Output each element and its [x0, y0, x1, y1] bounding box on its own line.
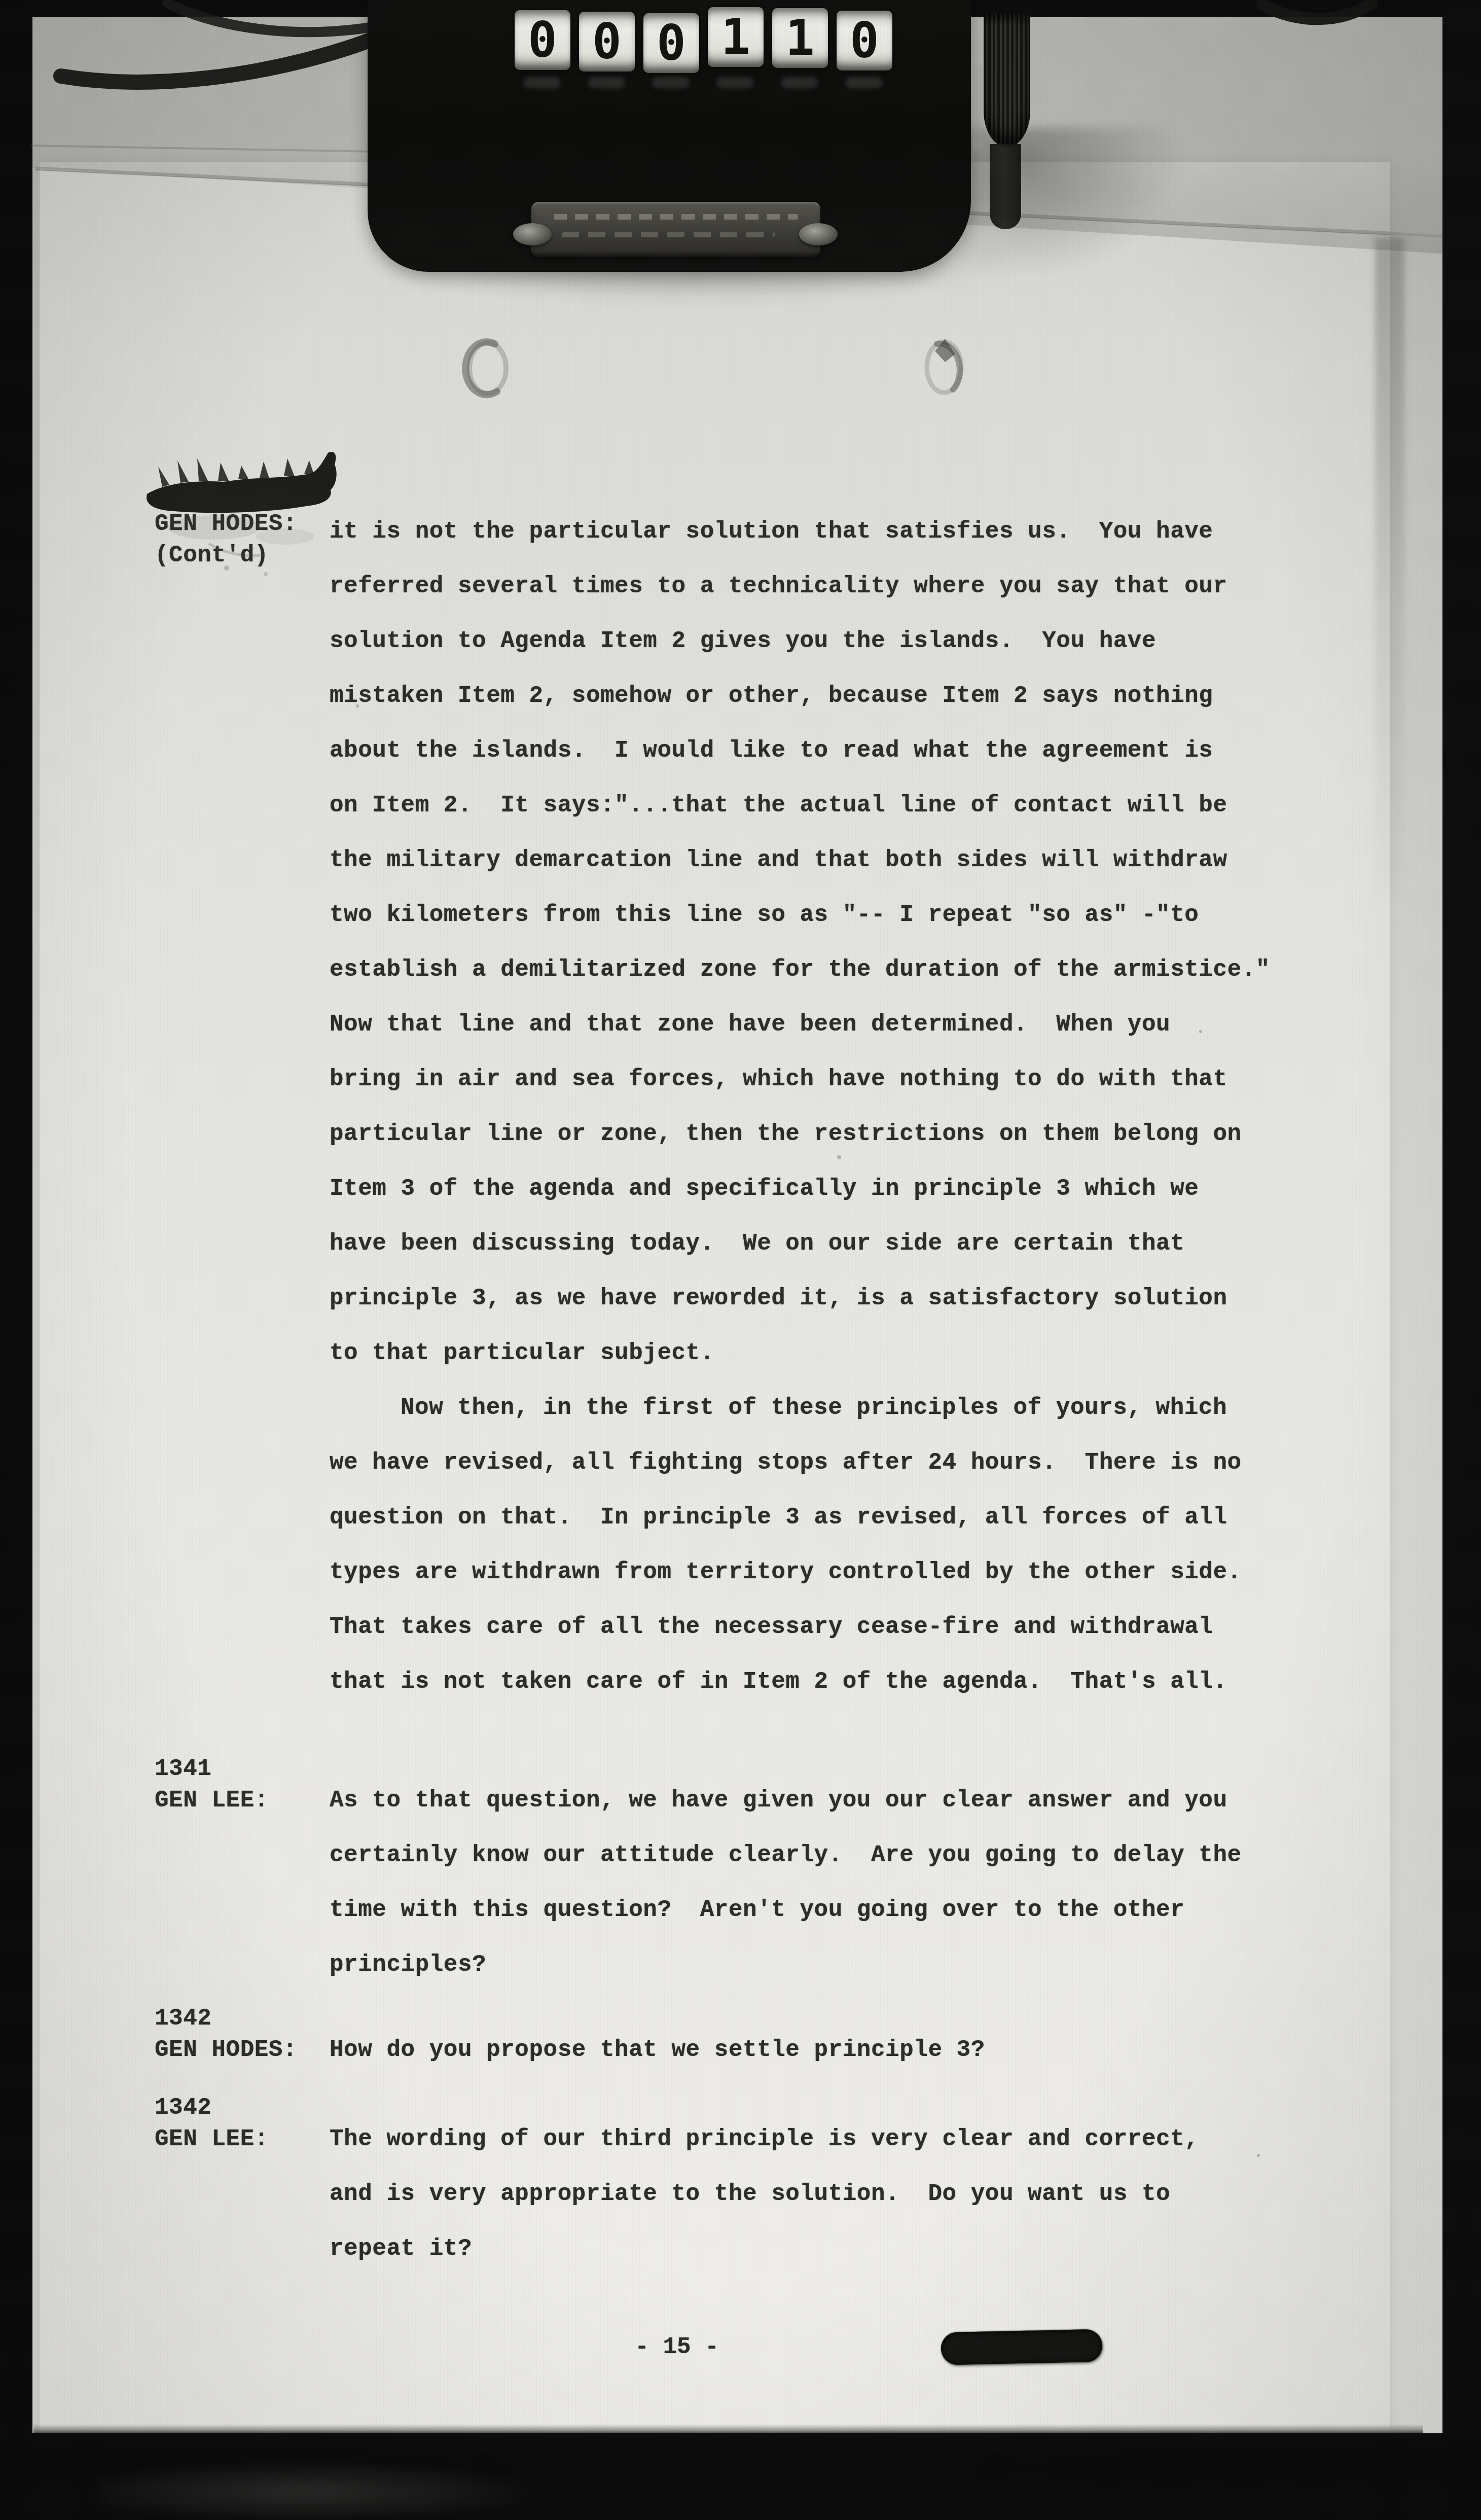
- transcript-line: mistaken Item 2, somehow or other, becau…: [330, 682, 1213, 710]
- transcript-line: the military demarcation line and that b…: [330, 846, 1227, 874]
- counter-digit-window: 0: [579, 12, 635, 72]
- transcript-line: principle 3, as we have reworded it, is …: [330, 1284, 1227, 1312]
- speaker-label: GEN LEE:: [155, 2125, 269, 2153]
- counter-digit-ghost: [588, 77, 625, 88]
- transcript-line: and is very appropriate to the solution.…: [330, 2180, 1170, 2208]
- transcript-line: bring in air and sea forces, which have …: [330, 1065, 1227, 1093]
- counter-thumbwheel: [984, 14, 1030, 147]
- counter-digit: 0: [850, 16, 879, 65]
- speaker-label: GEN HODES:: [155, 510, 297, 538]
- transcript-line: Now then, in the first of these principl…: [401, 1394, 1227, 1422]
- transcript-line: it is not the particular solution that s…: [330, 517, 1213, 546]
- section-time: 1342: [155, 2093, 211, 2122]
- transcript-line: solution to Agenda Item 2 gives you the …: [330, 627, 1156, 655]
- transcript-line: referred several times to a technicality…: [330, 572, 1227, 600]
- counter-digit-ghost: [524, 77, 560, 88]
- transcript-line: types are withdrawn from territory contr…: [330, 1558, 1242, 1586]
- speaker-label: GEN LEE:: [155, 1786, 269, 1815]
- counter-digit-window: 0: [837, 11, 892, 70]
- counter-nameplate-icon: [531, 202, 820, 257]
- counter-digit-window: 1: [772, 8, 828, 68]
- thumbwheel-stem: [990, 144, 1021, 229]
- transcript-line: establish a demilitarized zone for the d…: [330, 955, 1270, 984]
- thumbwheel-gap: [972, 65, 983, 150]
- section-time: 1341: [155, 1755, 211, 1783]
- transcript-line: question on that. In principle 3 as revi…: [330, 1503, 1227, 1532]
- counter-digit: 0: [657, 19, 686, 67]
- counter-digit-ghost: [717, 77, 753, 88]
- transcript-line: Now that line and that zone have been de…: [330, 1010, 1170, 1039]
- transcript-line: about the islands. I would like to read …: [330, 736, 1213, 765]
- section-time: 1342: [155, 2004, 211, 2033]
- counter-digit: 1: [721, 13, 750, 61]
- transcript-line: Item 3 of the agenda and specifically in…: [330, 1175, 1199, 1203]
- transcript-line: The wording of our third principle is ve…: [330, 2125, 1199, 2153]
- transcript-line: As to that question, we have given you o…: [330, 1786, 1227, 1815]
- transcript-line: have been discussing today. We on our si…: [330, 1229, 1184, 1258]
- counter-digit: 0: [528, 16, 557, 64]
- transcript-text-layer: GEN HODES:(Cont'd)it is not the particul…: [0, 0, 1481, 2520]
- transcript-line: that is not taken care of in Item 2 of t…: [330, 1667, 1227, 1696]
- counter-digit-window: 0: [643, 13, 699, 73]
- counter-digit-ghost: [846, 77, 882, 88]
- counter-digit: 1: [785, 14, 815, 62]
- transcript-line: repeat it?: [330, 2234, 472, 2263]
- transcript-line: certainly know our attitude clearly. Are…: [330, 1841, 1242, 1869]
- counter-digit-window: 1: [708, 7, 764, 67]
- transcript-line: That takes care of all the necessary cea…: [330, 1613, 1213, 1641]
- speaker-label: GEN HODES:: [155, 2036, 297, 2064]
- transcript-line: we have revised, all fighting stops afte…: [330, 1448, 1242, 1477]
- transcript-line: particular line or zone, then the restri…: [330, 1120, 1242, 1148]
- counter-digit-ghost: [781, 77, 818, 88]
- transcript-line: time with this question? Aren't you goin…: [330, 1896, 1184, 1924]
- counter-digit: 0: [592, 17, 622, 66]
- transcript-line: principles?: [330, 1950, 486, 1979]
- transcript-line: two kilometers from this line so as "-- …: [330, 901, 1199, 929]
- speaker-continuation: (Cont'd): [155, 541, 269, 570]
- transcript-line: How do you propose that we settle princi…: [330, 2036, 985, 2064]
- counter-digit-window: 0: [515, 10, 570, 70]
- nameplate-screw-icon: [799, 223, 838, 245]
- counter-digit-ghost: [653, 77, 689, 88]
- nameplate-screw-icon: [513, 223, 552, 245]
- microfilm-document-scan: GEN HODES:(Cont'd)it is not the particul…: [0, 0, 1481, 2520]
- transcript-line: to that particular subject.: [330, 1339, 714, 1367]
- transcript-line: on Item 2. It says:"...that the actual l…: [330, 791, 1227, 820]
